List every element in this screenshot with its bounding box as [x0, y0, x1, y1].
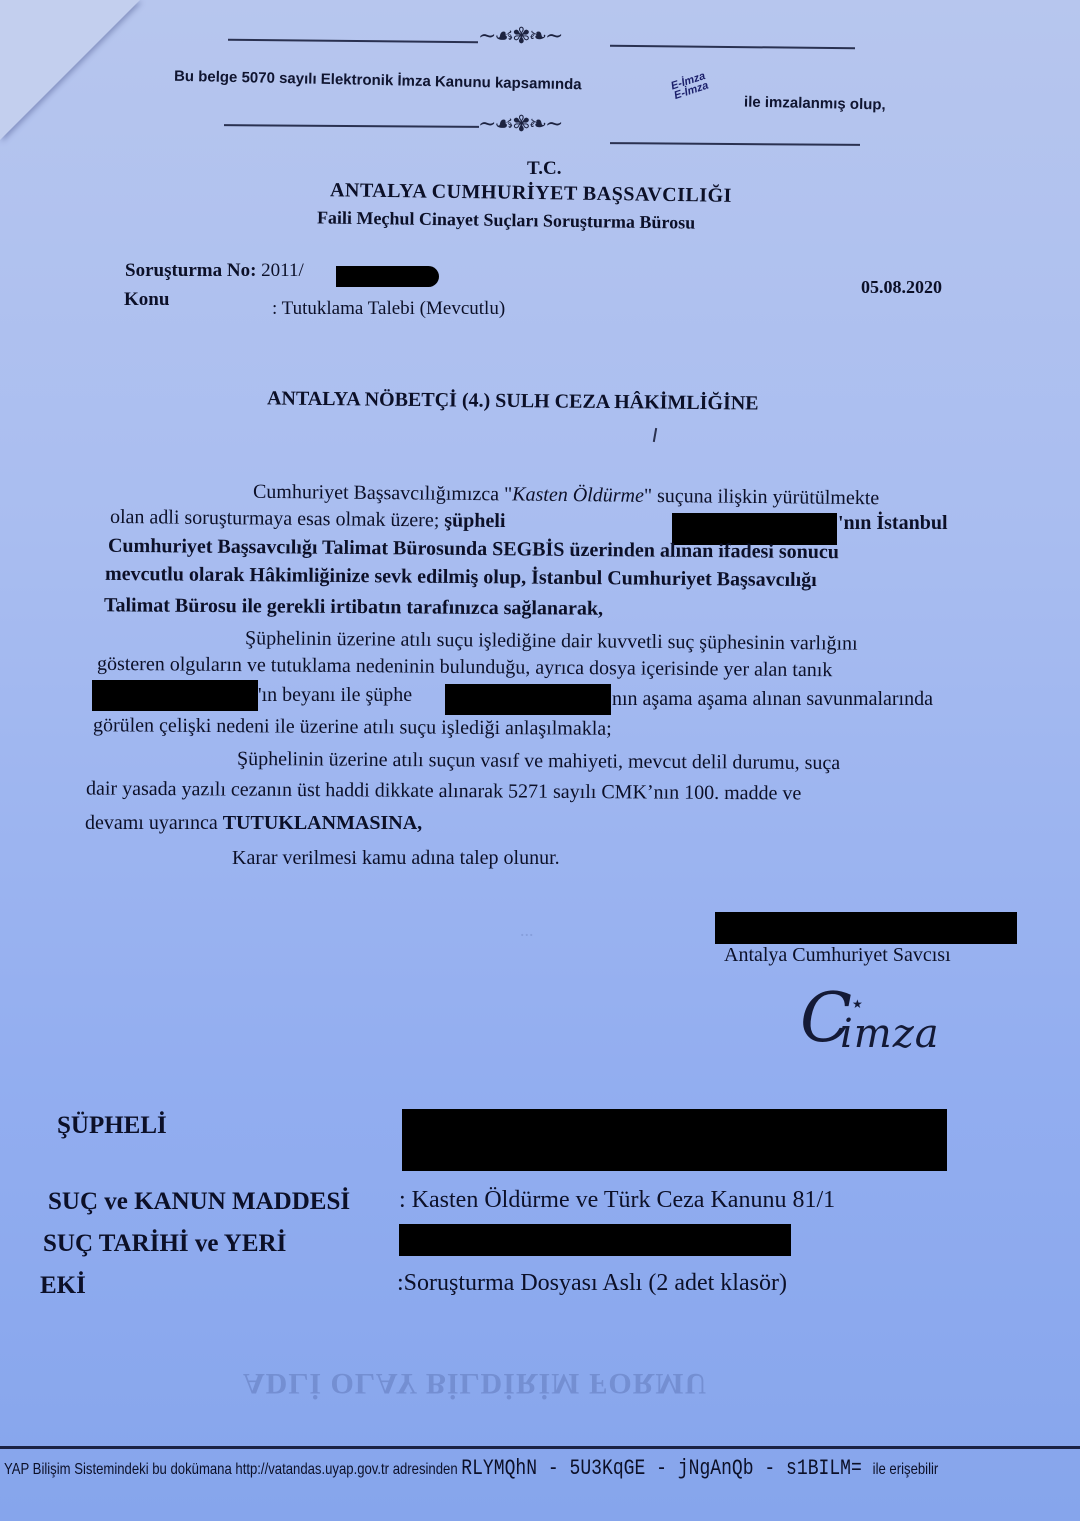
- redacted-witness-name: [92, 680, 258, 711]
- redacted-suspect-details: [402, 1109, 947, 1171]
- footer-rule: [0, 1446, 1080, 1449]
- subject-label: Konu: [124, 289, 169, 311]
- p1-line5: Talimat Bürosu ile gerekli irtibatın tar…: [104, 594, 603, 620]
- detail-label-crime-date-place: SUÇ TARİHİ ve YERİ: [43, 1230, 286, 1258]
- ornament-line-top-right: [610, 45, 855, 50]
- closing-request: Karar verilmesi kamu adına talep olunur.: [232, 847, 560, 870]
- verification-code[interactable]: RLYMQhN - 5U3KqGE - jNgAnQb - s1BILM=: [461, 1456, 872, 1481]
- redacted-file-number: [336, 266, 439, 287]
- ornament-line-top-left: [228, 39, 478, 44]
- subject-value: : Tutuklama Talebi (Mevcutlu): [272, 298, 505, 320]
- p2-line3-b: nın aşama aşama alınan savunmalarında: [612, 688, 933, 711]
- p1-line2: olan adli soruşturmaya esas olmak üzere;…: [110, 506, 506, 533]
- bleed-through-text: ...: [520, 920, 534, 941]
- signature-text: imza: [840, 1011, 940, 1057]
- file-number-value: 2011/: [261, 260, 304, 281]
- p2-line1: Şüphelinin üzerine atılı suçu işlediğine…: [245, 627, 858, 655]
- footer-text-before: YAP Bilişim Sistemindeki bu dokümana htt…: [4, 1461, 458, 1478]
- file-number-label: Soruşturma No:: [125, 260, 256, 281]
- detail-label-attachment: EKİ: [40, 1272, 86, 1300]
- ornament-line-bottom-right: [610, 142, 860, 146]
- header-office: ANTALYA CUMHURİYET BAŞSAVCILIĞI: [330, 179, 732, 208]
- star-icon: ★: [852, 997, 863, 1012]
- detail-value-attachment: :Soruşturma Dosyası Aslı (2 adet klasör): [397, 1270, 787, 1297]
- redacted-prosecutor-name: [715, 912, 1017, 944]
- p3-line3-a: devamı uyarınca: [85, 812, 223, 834]
- header-bureau: Faili Meçhul Cinayet Suçları Soruşturma …: [317, 207, 695, 233]
- redacted-crime-date-place: [399, 1224, 791, 1256]
- eimza-badge-icon: E-İmza E-İmza: [670, 71, 710, 101]
- detail-value-crime-law: : Kasten Öldürme ve Türk Ceza Kanunu 81/…: [399, 1187, 835, 1214]
- detail-label-suspect: ŞÜPHELİ: [57, 1112, 167, 1140]
- addressee: ANTALYA NÖBETÇİ (4.) SULH CEZA HÂKİMLİĞİ…: [267, 387, 759, 415]
- esignature-text-after: ile imzalanmış olup,: [744, 94, 886, 114]
- p1-line1: Cumhuriyet Başsavcılığımızca "Kasten Öld…: [253, 481, 879, 511]
- p2-line2: gösteren olguların ve tutuklama nedenini…: [97, 653, 833, 682]
- esignature-notice: Bu belge 5070 sayılı Elektronik İmza Kan…: [174, 68, 582, 94]
- p2-line3-a: 'ın beyanı ile şüphe: [258, 684, 412, 707]
- p1-line1-a: Cumhuriyet Başsavcılığımızca ": [253, 481, 512, 506]
- ornament-top: ~☙✾❧~: [478, 24, 561, 49]
- redacted-suspect-name-2: [445, 684, 611, 715]
- header-tc: T.C.: [527, 158, 561, 180]
- p1-line1-c: " suçuna ilişkin yürütülmekte: [644, 485, 880, 509]
- suspect-word: şüpheli: [444, 509, 505, 532]
- p3-line3: devamı uyarınca TUTUKLANMASINA,: [85, 812, 422, 835]
- p2-line4: görülen çelişki nedeni ile üzerine atılı…: [93, 714, 612, 741]
- p3-line2: dair yasada yazılı cezanın üst haddi dik…: [86, 778, 801, 806]
- e-signature-mark: C ★ imza: [800, 985, 990, 1085]
- ghost-mirrored-title: ADLİ OLAY BİLDİRİM FORMU: [243, 1366, 707, 1400]
- ornament-bottom: ~☙✾❧~: [478, 112, 561, 137]
- p3-line1: Şüphelinin üzerine atılı suçun vasıf ve …: [237, 748, 840, 775]
- file-number-row: Soruşturma No: 2011/: [125, 260, 304, 282]
- p1-line2-c: 'nın İstanbul: [838, 512, 948, 535]
- ornament-line-bottom-left: [224, 124, 479, 128]
- footer-verification: YAP Bilişim Sistemindeki bu dokümana htt…: [4, 1456, 938, 1481]
- footer-text-after: ile erişebilir: [873, 1461, 939, 1478]
- p1-line4: mevcutlu olarak Hâkimliğinize sevk edilm…: [105, 563, 817, 592]
- page-fold: [0, 0, 140, 140]
- document-date: 05.08.2020: [861, 277, 942, 298]
- detail-label-crime-law: SUÇ ve KANUN MADDESİ: [48, 1188, 350, 1216]
- pen-mark: [653, 428, 657, 442]
- crime-type-italic: Kasten Öldürme: [512, 483, 644, 506]
- detention-request: TUTUKLANMASINA,: [223, 812, 422, 834]
- p1-line2-a: olan adli soruşturmaya esas olmak üzere;: [110, 506, 440, 531]
- esignature-text-before: Bu belge 5070 sayılı Elektronik İmza Kan…: [174, 68, 582, 94]
- prosecutor-title: Antalya Cumhuriyet Savcısı: [724, 944, 951, 967]
